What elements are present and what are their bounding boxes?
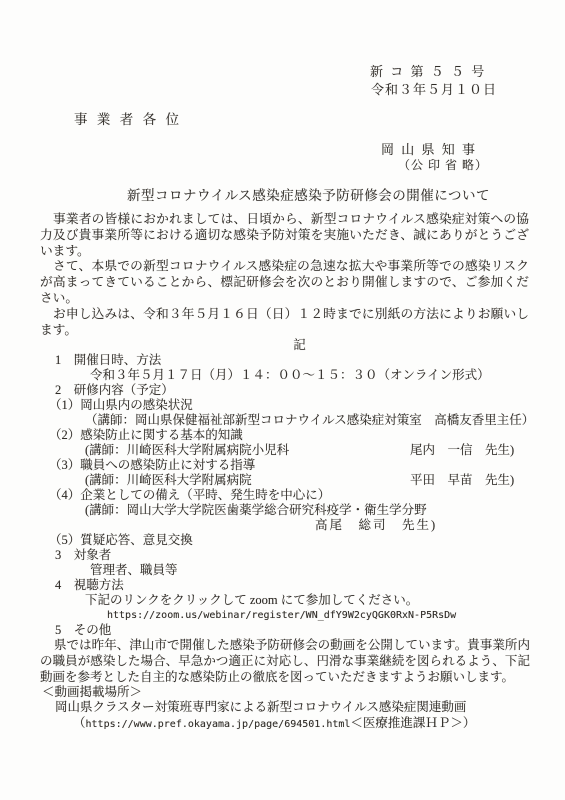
video-url-line: （https://www.pref.okayama.jp/page/694501… (0, 716, 565, 732)
agenda-schedule-value: 令和３年５月１７日（月）１４：００～１５：３０（オンライン形式） (0, 368, 565, 383)
topic-3-lecturer: (講師：川崎医科大学附属病院平田 早苗 先生) (0, 473, 565, 488)
topic-1-lecturer: （講師：岡山県保健福祉部新型コロナウイルス感染症対策室 高橋友香里主任） (0, 413, 565, 428)
recipient-line: 事 業 者 各 位 (74, 108, 182, 128)
agenda-viewing-instruction: 下記のリンクをクリックして zoom にて参加してください。 (0, 593, 565, 608)
document-body: 事業者の皆様におかれましては、日頃から、新型コロナウイルス感染症対策への協力及び… (0, 212, 565, 732)
topic-4-lecturer-affiliation: (講師：岡山大学大学院医歯薬学総合研究科疫学・衛生学分野 (0, 503, 565, 518)
video-title: 岡山県クラスター対策班専門家による新型コロナウイルス感染症関連動画 (0, 700, 565, 715)
topic-5-title: （5）質疑応答、意見交換 (0, 533, 565, 548)
video-url-open-paren: （ (73, 716, 86, 730)
agenda-audience-label: 3 対象者 (0, 548, 565, 563)
zoom-webinar-url: https://zoom.us/webinar/register/WN_dfY9… (0, 608, 565, 623)
topic-1-title: （1）岡山県内の感染状況 (0, 398, 565, 413)
agenda-other-text: 県では昨年、津山市で開催した感染予防研修会の動画を公開しています。貴事業所内の職… (40, 638, 530, 685)
document-number: 新 コ 第 ５ ５ 号 (370, 61, 486, 80)
video-info-section: ＜動画掲載場所＞ 岡山県クラスター対策班専門家による新型コロナウイルス感染症関連… (0, 685, 565, 732)
topic-2-lecturer: (講師：川崎医科大学附属病院小児科尾内 一信 先生) (0, 443, 565, 458)
topic-2-title: （2）感染防止に関する基本的知識 (0, 428, 565, 443)
lecturer-affiliation: (講師：川崎医科大学附属病院小児科 (85, 443, 289, 457)
scanned-notice-page: 新 コ 第 ５ ５ 号 令和３年５月１０日 事 業 者 各 位 岡 山 県 知 … (0, 0, 565, 800)
agenda-schedule-label: 1 開催日時、方法 (0, 353, 565, 368)
agenda-contents-label: 2 研修内容（予定） (0, 383, 565, 398)
topic-4-title: （4）企業としての備え（平時、発生時を中心に） (0, 488, 565, 503)
topic-3-title: （3）職員への感染防止に対する指導 (0, 458, 565, 473)
video-url: https://www.pref.okayama.jp/page/694501.… (86, 719, 351, 730)
intro-paragraph-2: さて、本県での新型コロナウイルス感染症の急速な拡大や事業所等での感染リスクが高ま… (40, 259, 529, 306)
seal-omitted-note: （公 印 省 略） (398, 156, 488, 173)
lecturer-name: 尾内 一信 先生) (410, 443, 514, 458)
topic-4-lecturer-name: 高尾 総司 先生) (0, 518, 565, 533)
lecturer-name: 平田 早苗 先生) (410, 473, 514, 488)
video-url-suffix: ＜医療推進課ＨＰ＞） (350, 716, 475, 730)
intro-paragraph-1: 事業者の皆様におかれましては、日頃から、新型コロナウイルス感染症対策への協力及び… (40, 212, 529, 259)
agenda-viewing-label: 4 視聴方法 (0, 578, 565, 593)
agenda-audience-value: 管理者、職員等 (0, 563, 565, 578)
record-marker: 記 (0, 338, 565, 353)
issue-date: 令和３年５月１０日 (371, 79, 497, 98)
intro-section: 事業者の皆様におかれましては、日頃から、新型コロナウイルス感染症対策への協力及び… (40, 212, 529, 338)
lecturer-affiliation: (講師：川崎医科大学附属病院 (85, 473, 252, 487)
intro-paragraph-3: お申し込みは、令和３年５月１６日（日）１２時までに別紙の方法によりお願いします。 (40, 307, 529, 339)
video-location-label: ＜動画掲載場所＞ (0, 685, 565, 700)
document-title: 新型コロナウイルス感染症感染予防研修会の開催について (0, 184, 565, 204)
agenda-other-label: 5 その他 (0, 623, 565, 638)
record-section: 記 1 開催日時、方法 令和３年５月１７日（月）１４：００～１５：３０（オンライ… (0, 338, 565, 732)
